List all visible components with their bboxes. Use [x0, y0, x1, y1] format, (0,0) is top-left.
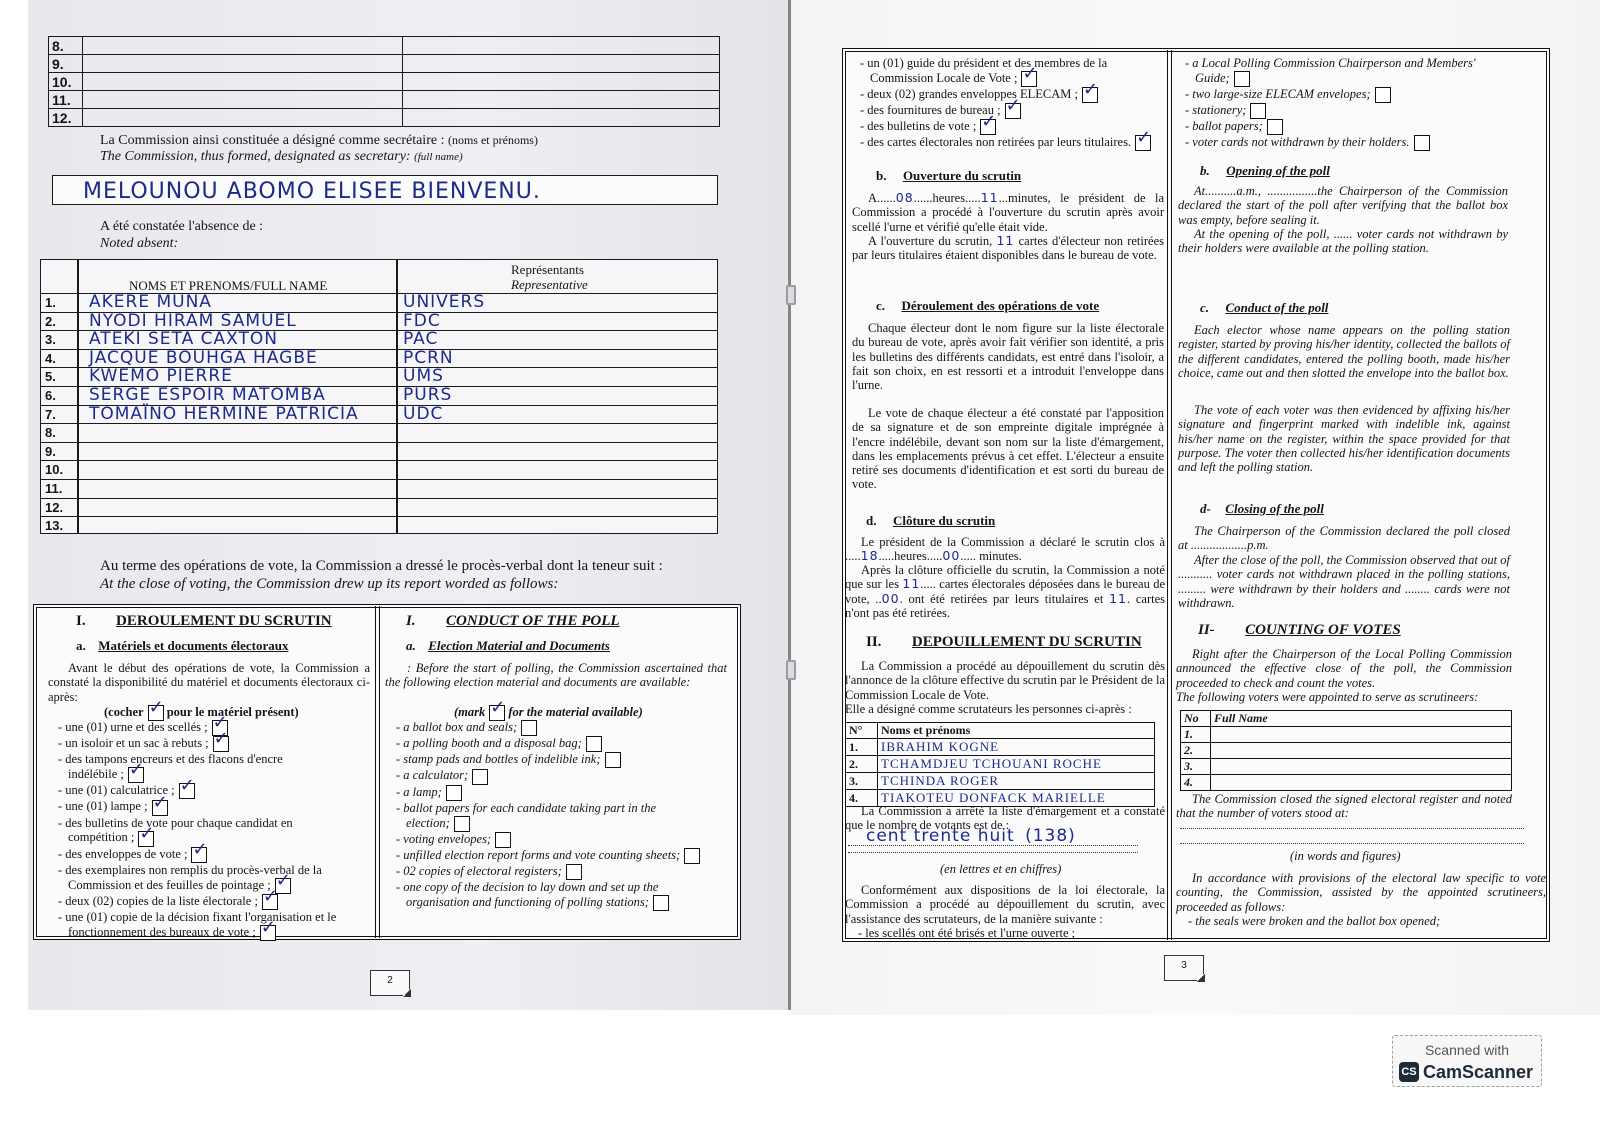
conduct-p1-en: Each elector whose name appears on the p…	[1178, 323, 1510, 380]
subsection-a-en: a. Election Material and Documents	[406, 637, 610, 655]
header-representative-en: Representative	[511, 277, 588, 293]
staple-bottom	[786, 660, 796, 680]
material-item: - une (01) copie de la décision fixant l…	[58, 910, 368, 941]
cards-not-withdrawn: 11	[1109, 591, 1127, 606]
report-intro-fr: Au terme des opérations de vote, la Comm…	[100, 558, 663, 574]
material-item: - a Local Polling Commission Chairperson…	[1185, 56, 1545, 87]
counting-p5-fr: - les scellés ont été brisés et l'urne o…	[858, 926, 1075, 940]
opening-title-fr: b. Ouverture du scrutin	[876, 167, 1021, 185]
material-checkbox[interactable]	[191, 847, 207, 863]
checkbox-icon	[148, 705, 164, 721]
column-divider	[375, 606, 380, 938]
material-item: - une (01) lampe ;	[58, 799, 368, 815]
closing-time-en: The Chairperson of the Commission declar…	[1178, 524, 1510, 553]
voters-count-line-2	[848, 852, 1138, 853]
conduct-p1-fr: Chaque électeur dont le nom figure sur l…	[852, 321, 1164, 392]
material-checkbox[interactable]	[262, 894, 278, 910]
cards-withdrawn: 00	[882, 591, 900, 606]
material-item: - two large-size ELECAM envelopes;	[1185, 87, 1545, 103]
material-checkbox[interactable]	[1267, 119, 1283, 135]
material-checkbox[interactable]	[179, 783, 195, 799]
material-item: - deux (02) copies de la liste électoral…	[58, 894, 368, 910]
members-table-continued: 8. 9. 10. 11. 12.	[48, 36, 720, 127]
closing-cards-en: After the close of the poll, the Commiss…	[1178, 553, 1510, 610]
table-row: 1.IBRAHIM KOGNE	[846, 739, 1155, 756]
scrutineer-name: TCHINDA ROGER	[878, 773, 1155, 790]
check-instruction-en: (mark for the material available)	[454, 705, 643, 721]
material-checkbox[interactable]	[653, 895, 669, 911]
absent-representative: FDC	[403, 311, 441, 331]
cards-total: 11	[902, 576, 920, 591]
absent-representative: PCRN	[403, 348, 454, 368]
material-item: - unfilled election report forms and vot…	[396, 848, 726, 864]
table-row: 2.	[1181, 743, 1512, 759]
material-item: - un (01) guide du président et des memb…	[860, 56, 1165, 87]
staple-top	[786, 285, 796, 305]
counting-p2-en: The following voters were appointed to s…	[1176, 690, 1512, 704]
secretary-label-fr: La Commission ainsi constituée a désigné…	[100, 132, 538, 149]
material-checkbox[interactable]	[1005, 103, 1021, 119]
material-item: - ballot papers;	[1185, 119, 1545, 135]
material-checkbox[interactable]	[1414, 135, 1430, 151]
counting-p3-en: The Commission closed the signed elector…	[1176, 792, 1512, 821]
material-item: - une (01) calculatrice ;	[58, 783, 368, 799]
absent-name: AKERE MUNA	[89, 292, 212, 312]
table-row: 6. SERGE ESPOIR MATOMBA PURS	[41, 386, 717, 405]
opening-title-en: b. Opening of the poll	[1200, 162, 1330, 180]
section-1-fr: I. DEROULEMENT DU SCRUTIN	[76, 612, 366, 630]
absent-name: TOMAÏNO HERMINE PATRICIA	[89, 404, 359, 424]
table-row: 2.TCHAMDJEU TCHOUANI ROCHE	[846, 756, 1155, 773]
absent-name: SERGE ESPOIR MATOMBA	[89, 385, 326, 405]
materials-list-fr: - une (01) urne et des scellés ;- un iso…	[58, 720, 368, 941]
material-item: - a ballot box and seals;	[396, 720, 726, 736]
material-checkbox[interactable]	[1135, 135, 1151, 151]
material-item: - un isoloir et un sac à rebuts ;	[58, 736, 368, 752]
materials-list-en: - a ballot box and seals;- a polling boo…	[396, 720, 726, 911]
table-row: 12.	[41, 498, 717, 517]
table-row: 9.	[41, 442, 717, 461]
voters-count-field[interactable]: cent trente huit (138)	[848, 826, 1138, 846]
absent-representative: UDC	[403, 404, 443, 424]
voters-count-line-en-2[interactable]	[1180, 843, 1524, 844]
materials-list-fr-cont: - un (01) guide du président et des memb…	[860, 56, 1165, 151]
opening-minutes: 11	[981, 190, 999, 205]
counting-p1-fr: La Commission a procédé au dépouillement…	[845, 659, 1165, 702]
conduct-p2-fr: Le vote de chaque électeur a été constat…	[852, 406, 1164, 492]
absent-representative: PAC	[403, 329, 438, 349]
table-row: 8.	[41, 423, 717, 442]
table-row: 11.	[49, 91, 720, 109]
material-checkbox[interactable]	[138, 831, 154, 847]
table-row: 13.	[41, 516, 717, 535]
opening-cards-fr: A l'ouverture du scrutin, 11 cartes d'él…	[852, 234, 1164, 263]
absent-table: NOMS ET PRENOMS/FULL NAME Représentants …	[40, 259, 718, 534]
counting-p4-en: In accordance with provisions of the ele…	[1176, 871, 1546, 914]
material-checkbox[interactable]	[980, 119, 996, 135]
opening-cards-count: 11	[996, 233, 1014, 248]
materials-intro-en: : Before the start of polling, the Commi…	[385, 661, 727, 690]
opening-text-fr: A......08......heures.....11...minutes, …	[852, 191, 1164, 234]
closing-time-fr: Le président de la Commission a déclaré …	[845, 535, 1165, 564]
table-row: 10.	[49, 73, 720, 91]
scrutineer-name: TCHAMDJEU TCHOUANI ROCHE	[878, 756, 1155, 773]
opening-cards-en: At the opening of the poll, ...... voter…	[1178, 227, 1508, 256]
table-row: 4. JACQUE BOUHGA HAGBE PCRN	[41, 349, 717, 368]
page-number-left: 2	[370, 970, 410, 996]
page-number-right: 3	[1164, 955, 1204, 981]
material-item: - a lamp;	[396, 785, 726, 801]
table-row: 5. KWEMO PIERRE UMS	[41, 367, 717, 386]
section-title: DEROULEMENT DU SCRUTIN	[116, 613, 332, 629]
conduct-title-fr: c. Déroulement des opérations de vote	[876, 297, 1099, 315]
material-checkbox[interactable]	[566, 864, 582, 880]
subsection-a-fr: a. Matériels et documents électoraux	[76, 637, 288, 655]
absent-representative: PURS	[403, 385, 452, 405]
closing-hours: 18	[861, 548, 879, 563]
table-row: 7. TOMAÏNO HERMINE PATRICIA UDC	[41, 405, 717, 424]
material-item: - a polling booth and a disposal bag;	[396, 736, 726, 752]
table-row: 11.	[41, 479, 717, 498]
scrutineers-table-en: No Full Name 1.2.3.4.	[1180, 710, 1512, 791]
absent-name: JACQUE BOUHGA HAGBE	[89, 348, 318, 368]
materials-intro-fr: Avant le début des opérations de vote, l…	[48, 661, 370, 704]
material-item: - ballot papers for each candidate takin…	[396, 801, 726, 832]
table-row: 2. NYODI HIRAM SAMUEL FDC	[41, 312, 717, 331]
conduct-p2-en: The vote of each voter was then evidence…	[1178, 403, 1510, 474]
material-item: - voter cards not withdrawn by their hol…	[1185, 135, 1545, 151]
material-checkbox[interactable]	[128, 767, 144, 783]
material-checkbox[interactable]	[446, 785, 462, 801]
material-checkbox[interactable]	[1375, 87, 1391, 103]
material-checkbox[interactable]	[472, 769, 488, 785]
table-row: 3. ATEKI SETA CAXTON PAC	[41, 330, 717, 349]
camscanner-watermark: Scanned with CS CamScanner	[1392, 1035, 1542, 1087]
table-row: 12.	[49, 109, 720, 127]
table-row: 9.	[49, 55, 720, 73]
counting-p4-fr: Conformément aux dispositions de la loi …	[845, 883, 1165, 926]
absent-name: ATEKI SETA CAXTON	[89, 329, 278, 349]
absent-label-fr: A été constatée l'absence de :	[100, 219, 263, 235]
header-representative-fr: Représentants	[511, 262, 584, 278]
counting-p5-en: - the seals were broken and the ballot b…	[1188, 914, 1440, 928]
camscanner-logo-icon: CS	[1399, 1062, 1419, 1082]
material-checkbox[interactable]	[1082, 87, 1098, 103]
closing-cards-fr: Après la clôture officielle du scrutin, …	[845, 563, 1165, 620]
voters-count-line-en-1[interactable]	[1180, 828, 1524, 829]
material-item: - one copy of the decision to lay down a…	[396, 880, 726, 911]
table-row: 1. AKERE MUNA UNIVERS	[41, 293, 717, 312]
material-item: - des enveloppes de vote ;	[58, 847, 368, 863]
material-checkbox[interactable]	[260, 925, 276, 941]
table-row: 3.	[1181, 759, 1512, 775]
counting-title-fr: II. DEPOUILLEMENT DU SCRUTIN	[866, 633, 1142, 651]
material-item: - des bulletins de vote pour chaque cand…	[58, 816, 368, 847]
material-checkbox[interactable]	[152, 800, 168, 816]
absent-name: NYODI HIRAM SAMUEL	[89, 311, 297, 331]
section-1-en: I. CONDUCT OF THE POLL	[406, 612, 620, 630]
table-row: 4.	[1181, 775, 1512, 791]
counting-p2-fr: Elle a désigné comme scrutateurs les per…	[845, 702, 1165, 716]
checkbox-icon	[489, 705, 505, 721]
counting-title-en: II- COUNTING OF VOTES	[1198, 621, 1401, 639]
conduct-title-en: c. Conduct of the poll	[1200, 299, 1328, 317]
report-intro-en: At the close of voting, the Commission d…	[100, 576, 558, 592]
column-divider	[1167, 50, 1172, 940]
words-figures-note-en: (in words and figures)	[1290, 849, 1401, 863]
material-checkbox[interactable]	[213, 736, 229, 752]
absent-representative: UMS	[403, 366, 444, 386]
closing-title-en: d- Closing of the poll	[1200, 500, 1324, 518]
material-item: - des fournitures de bureau ;	[860, 103, 1165, 119]
words-figures-note-fr: (en lettres et en chiffres)	[940, 862, 1061, 876]
material-checkbox[interactable]	[1234, 71, 1250, 87]
voters-count-words: cent trente huit	[866, 826, 1015, 846]
absent-label-en: Noted absent:	[100, 236, 178, 252]
closing-minutes: 00	[942, 548, 960, 563]
material-item: - a calculator;	[396, 768, 726, 784]
material-item: - stamp pads and bottles of indelible in…	[396, 752, 726, 768]
material-item: - des bulletins de vote ;	[860, 119, 1165, 135]
material-item: - voting envelopes;	[396, 832, 726, 848]
table-row: No Full Name	[1181, 711, 1512, 727]
secretary-label-en: The Commission, thus formed, designated …	[100, 149, 463, 165]
absent-name: KWEMO PIERRE	[89, 366, 233, 386]
material-checkbox[interactable]	[605, 752, 621, 768]
material-item: - des tampons encreurs et des flacons d'…	[58, 752, 368, 783]
binding-spine	[788, 0, 791, 1010]
material-item: - des cartes électorales non retirées pa…	[860, 135, 1165, 151]
table-row: 1.	[1181, 727, 1512, 743]
absent-representative: UNIVERS	[403, 292, 485, 312]
scrutineer-name: IBRAHIM KOGNE	[878, 739, 1155, 756]
opening-hours: 08	[896, 190, 914, 205]
closing-title-fr: d. Clôture du scrutin	[866, 512, 995, 530]
table-row: 3.TCHINDA ROGER	[846, 773, 1155, 790]
material-item: - stationery;	[1185, 103, 1545, 119]
table-row: 8.	[49, 37, 720, 55]
material-item: - 02 copies of electoral registers;	[396, 864, 726, 880]
material-item: - des exemplaires non remplis du procès-…	[58, 863, 368, 894]
material-checkbox[interactable]	[586, 736, 602, 752]
material-checkbox[interactable]	[454, 816, 470, 832]
check-instruction-fr: (cocher pour le matériel présent)	[104, 705, 299, 721]
materials-list-en-cont: - a Local Polling Commission Chairperson…	[1185, 56, 1545, 151]
material-checkbox[interactable]	[684, 848, 700, 864]
secretary-name: MELOUNOU ABOMO ELISEE BIENVENU.	[83, 179, 541, 204]
table-row: 10.	[41, 460, 717, 479]
scrutineers-table-fr: N° Noms et prénoms 1.IBRAHIM KOGNE2.TCHA…	[845, 722, 1155, 807]
material-checkbox[interactable]	[521, 720, 537, 736]
counting-p1-en: Right after the Chairperson of the Local…	[1176, 647, 1512, 690]
table-row: N° Noms et prénoms	[846, 723, 1155, 739]
secretary-field[interactable]: MELOUNOU ABOMO ELISEE BIENVENU.	[52, 175, 718, 205]
material-checkbox[interactable]	[1250, 103, 1266, 119]
opening-text-en: At..........a.m., ................the Ch…	[1178, 184, 1508, 227]
material-checkbox[interactable]	[495, 832, 511, 848]
voters-count-figure: (138)	[1025, 826, 1076, 846]
material-checkbox[interactable]	[1021, 71, 1037, 87]
